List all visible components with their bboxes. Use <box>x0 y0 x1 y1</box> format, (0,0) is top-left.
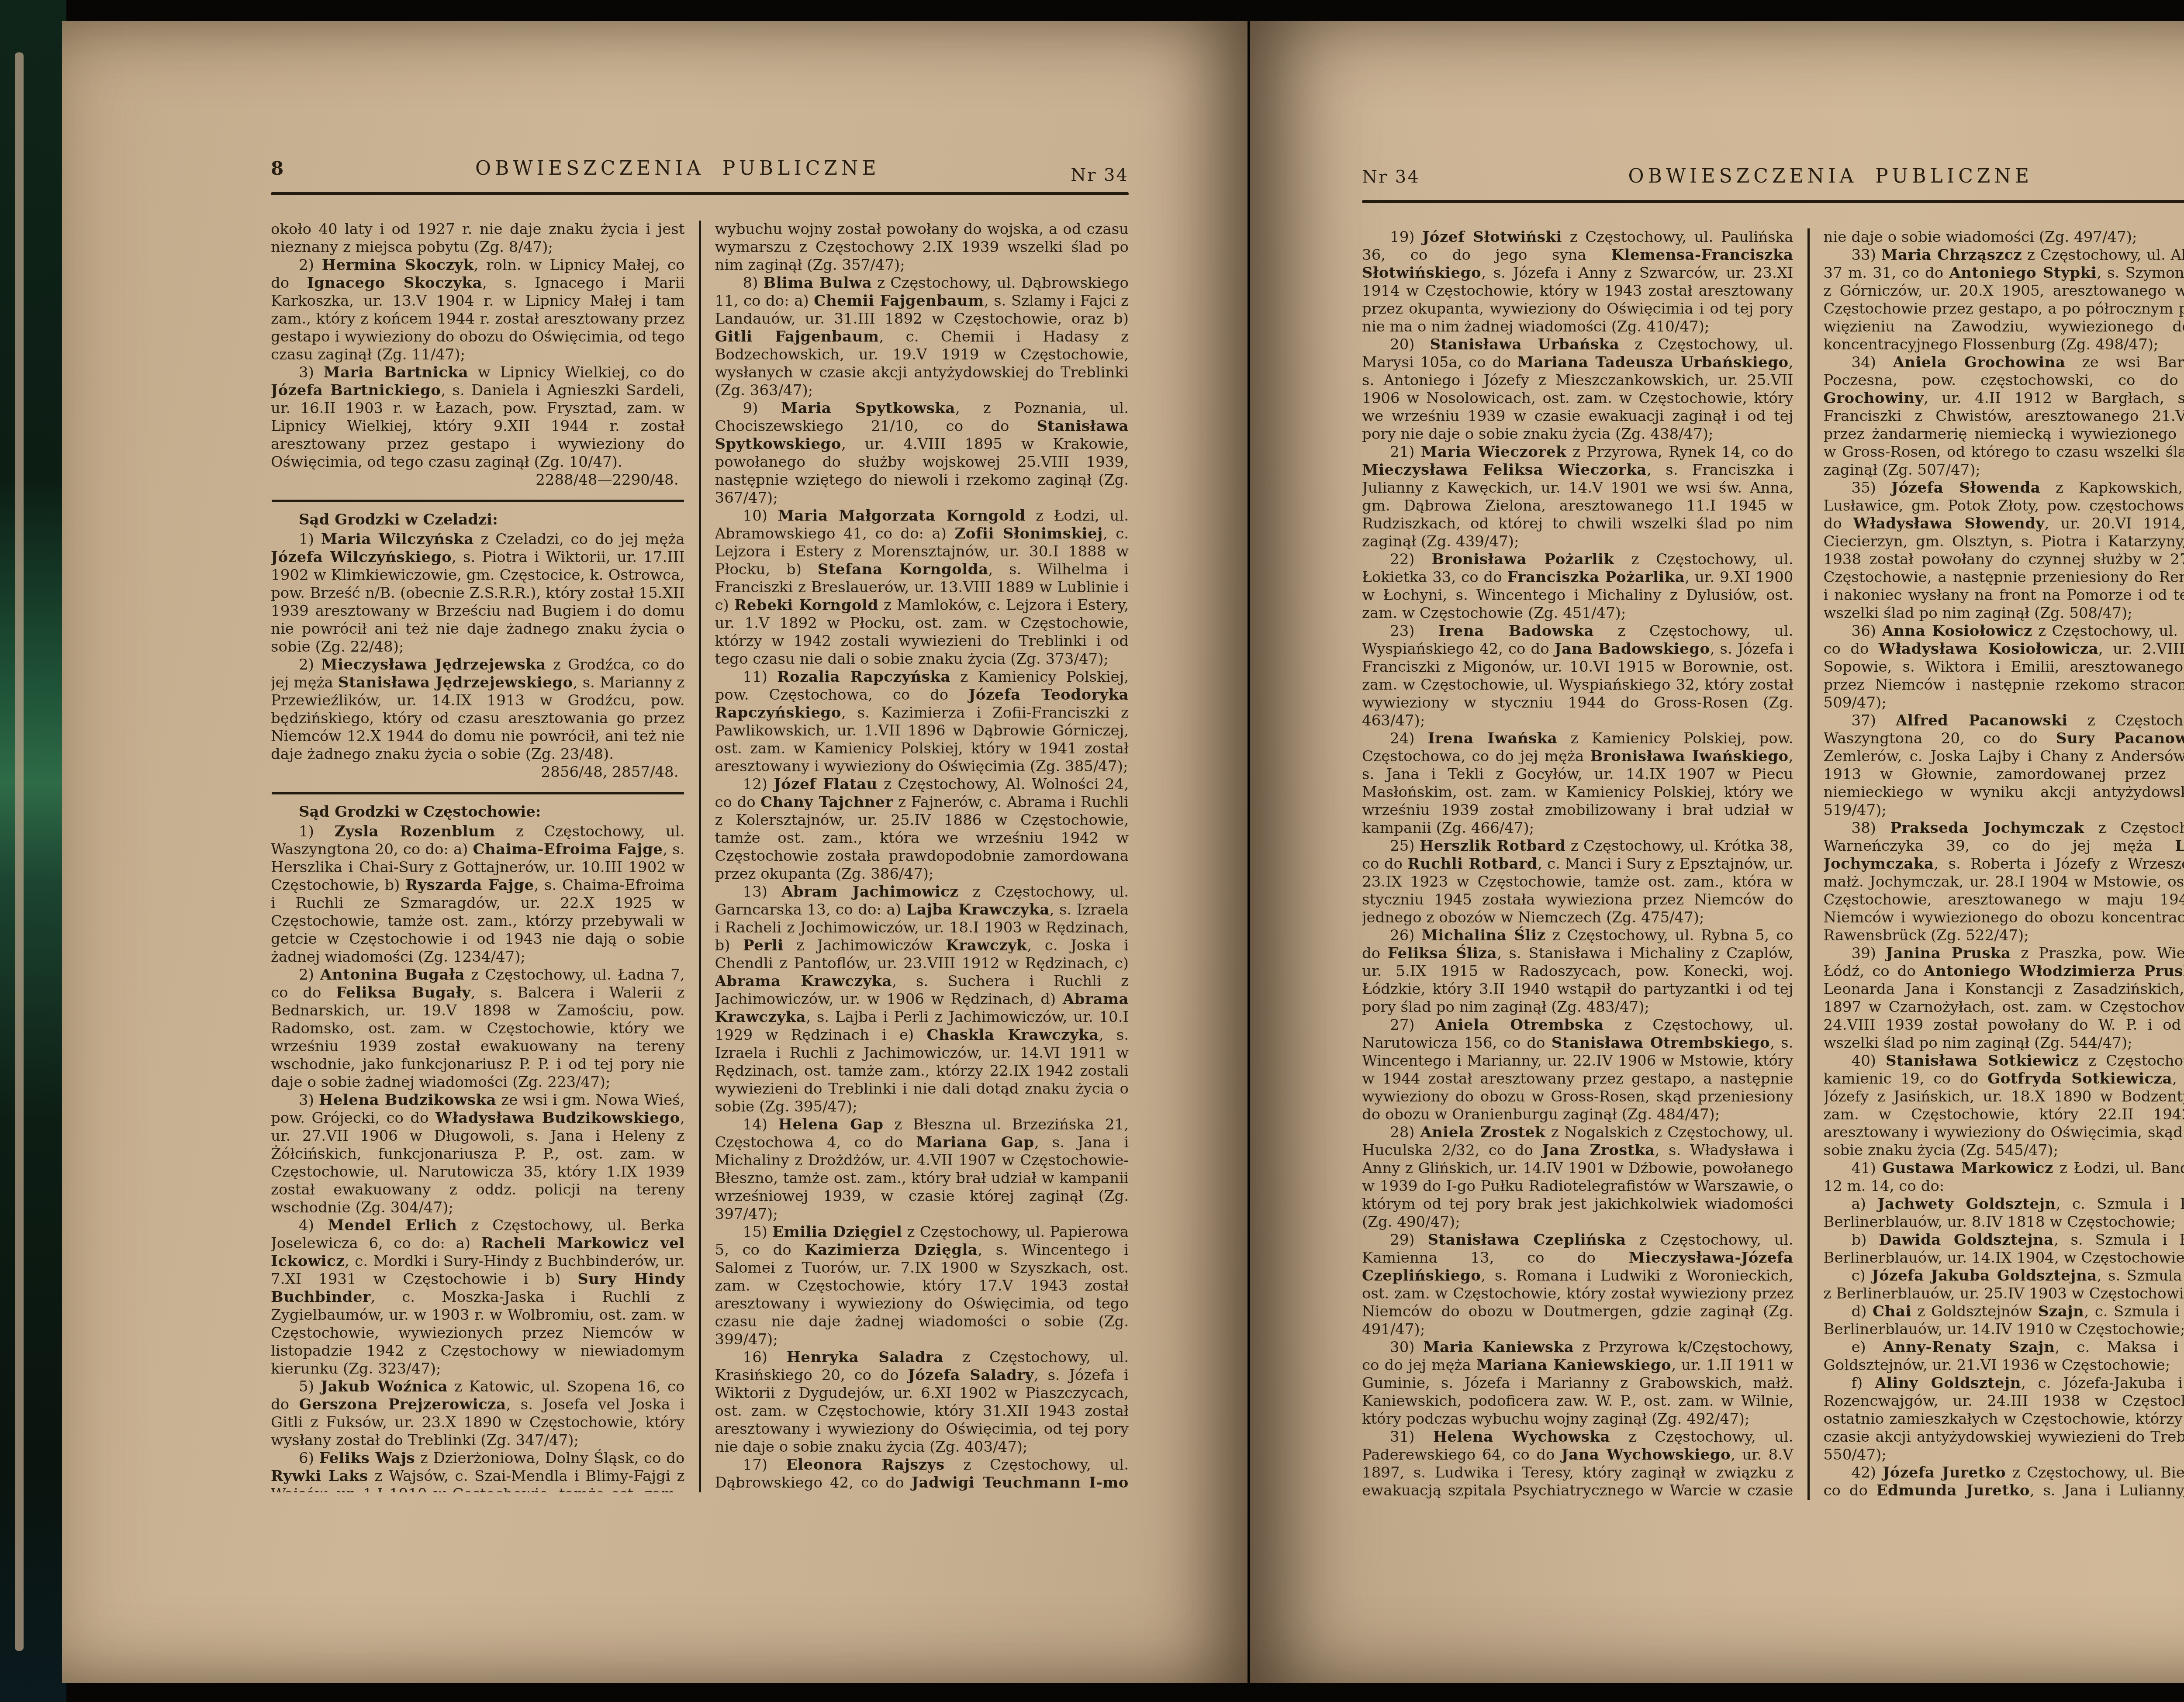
notice-entry: 27) Aniela Otrembska z Częstochowy, ul. … <box>1362 1016 1794 1124</box>
notice-entry: 22) Bronisława Pożarlik z Częstochowy, u… <box>1362 551 1794 622</box>
court-heading: Sąd Grodzki w Czeladzi: <box>271 511 685 529</box>
page-9-column-2: nie daje o sobie wiadomości (Zg. 497/47)… <box>1824 228 2184 1500</box>
notice-entry: a) Jachwety Goldsztejn, c. Szmula i Bran… <box>1824 1195 2184 1231</box>
page-8: 8 OBWIESZCZENIA PUBLICZNE Nr 34 około 40… <box>62 21 1248 1683</box>
notice-entry: 38) Prakseda Jochymczak z Częstochowy, u… <box>1824 819 2184 945</box>
notice-entry: 30) Maria Kaniewska z Przyrowa k/Częstoc… <box>1362 1339 1794 1428</box>
notice-entry: 35) Józefa Słowenda z Kapkowskich, ze ws… <box>1824 479 2184 622</box>
notice-entry: 37) Alfred Pacanowski z Częstochowy, ul.… <box>1824 712 2184 819</box>
notice-entry: 26) Michalina Śliz z Częstochowy, ul. Ry… <box>1362 927 1794 1016</box>
notice-entry: 25) Herszlik Rotbard z Częstochowy, ul. … <box>1362 837 1794 927</box>
section-divider <box>272 792 684 794</box>
notice-entry: 39) Janina Pruska z Praszka, pow. Wieluń… <box>1824 945 2184 1052</box>
section-divider <box>272 500 684 502</box>
notice-entry: 1) Maria Wilczyńska z Czeladzi, co do je… <box>271 531 685 656</box>
paper-edge-sliver <box>15 52 24 1651</box>
notice-entry: 33) Maria Chrząszcz z Częstochowy, ul. A… <box>1824 246 2184 354</box>
notice-entry: 3) Maria Bartnicka w Lipnicy Wielkiej, c… <box>271 364 685 471</box>
notice-entry: 9) Maria Spytkowska, z Poznania, ul. Cho… <box>715 400 1129 507</box>
notice-entry: 36) Anna Kosiołowicz z Częstochowy, ul. … <box>1824 622 2184 712</box>
notice-entry: 40) Stanisława Sotkiewicz z Częstochowy,… <box>1824 1052 2184 1160</box>
court-heading: Sąd Grodzki w Częstochowie: <box>271 803 685 821</box>
notice-entry: 34) Aniela Grochowina ze wsi Bargły, gm.… <box>1824 354 2184 479</box>
case-numbers: 2856/48, 2857/48. <box>271 763 685 781</box>
notice-entry: 21) Maria Wieczorek z Przyrowa, Rynek 14… <box>1362 443 1794 551</box>
column-divider <box>699 221 701 1492</box>
notice-entry: b) Dawida Goldsztejna, s. Szmula i Brand… <box>1824 1231 2184 1267</box>
column-divider <box>1807 228 1810 1500</box>
notice-entry: 3) Helena Budzikowska ze wsi i gm. Nowa … <box>271 1091 685 1217</box>
notice-entry: 1) Zysla Rozenblum z Częstochowy, ul. Wa… <box>271 823 685 966</box>
notice-entry: d) Chai z Goldsztejnów Szajn, c. Szmula … <box>1824 1303 2184 1339</box>
notice-entry: 6) Feliks Wajs z Dzierżoniowa, Dolny Ślą… <box>271 1450 685 1492</box>
page-8-columns: około 40 laty i od 1927 r. nie daje znak… <box>271 221 1129 1492</box>
notice-entry: 23) Irena Badowska z Częstochowy, ul. Wy… <box>1362 622 1794 730</box>
notice-continuation: około 40 laty i od 1927 r. nie daje znak… <box>271 221 685 256</box>
issue-number: Nr 34 <box>1071 165 1129 185</box>
notice-continuation: nie daje o sobie wiadomości (Zg. 497/47)… <box>1824 228 2184 246</box>
page-8-column-2: wybuchu wojny został powołany do wojska,… <box>715 221 1129 1492</box>
page-9-header: Nr 34 OBWIESZCZENIA PUBLICZNE 9 <box>1362 165 2184 193</box>
notice-entry: 2) Antonina Bugała z Częstochowy, ul. Ła… <box>271 966 685 1091</box>
notice-entry: 42) Józefa Juretko z Częstochowy, ul. Bi… <box>1824 1464 2184 1500</box>
book-edge-left <box>0 0 66 1702</box>
notice-entry: 29) Stanisława Czeplińska z Częstochowy,… <box>1362 1231 1794 1339</box>
notice-entry: 11) Rozalia Rapczyńska z Kamienicy Polsk… <box>715 668 1129 776</box>
notice-entry: 41) Gustawa Markowicz z Łodzi, ul. Bandu… <box>1824 1160 2184 1195</box>
page-9-column-1: 19) Józef Słotwiński z Częstochowy, ul. … <box>1362 228 1794 1500</box>
page-8-column-1: około 40 laty i od 1927 r. nie daje znak… <box>271 221 685 1492</box>
notice-entry: 10) Maria Małgorzata Korngold z Łodzi, u… <box>715 507 1129 668</box>
issue-number: Nr 34 <box>1362 167 1420 187</box>
case-numbers: 2288/48—2290/48. <box>271 471 685 489</box>
notice-entry: 28) Aniela Zrostek z Nogalskich z Często… <box>1362 1124 1794 1231</box>
notice-entry: c) Józefa Jakuba Goldsztejna, s. Szmula … <box>1824 1267 2184 1303</box>
notice-entry: 2) Hermina Skoczyk, roln. w Lipnicy Małe… <box>271 256 685 364</box>
scan-background: 8 OBWIESZCZENIA PUBLICZNE Nr 34 około 40… <box>0 0 2184 1702</box>
notice-entry: 4) Mendel Erlich z Częstochowy, ul. Berk… <box>271 1217 685 1378</box>
header-rule <box>1362 200 2184 203</box>
notice-entry: 24) Irena Iwańska z Kamienicy Polskiej, … <box>1362 730 1794 837</box>
page-8-header: 8 OBWIESZCZENIA PUBLICZNE Nr 34 <box>271 157 1129 185</box>
notice-entry: 5) Jakub Woźnica z Katowic, ul. Szopena … <box>271 1378 685 1450</box>
notice-entry: 2) Mieczysława Jędrzejewska z Grodźca, c… <box>271 656 685 763</box>
notice-entry: 20) Stanisława Urbańska z Częstochowy, u… <box>1362 336 1794 443</box>
notice-entry: 19) Józef Słotwiński z Częstochowy, ul. … <box>1362 228 1794 336</box>
notice-entry: 12) Józef Flatau z Częstochowy, Al. Woln… <box>715 776 1129 883</box>
notice-entry: f) Aliny Goldsztejn, c. Józefa-Jakuba i … <box>1824 1374 2184 1464</box>
notice-entry: 16) Henryka Saladra z Częstochowy, ul. K… <box>715 1349 1129 1456</box>
header-rule <box>271 192 1129 195</box>
notice-entry: 13) Abram Jachimowicz z Częstochowy, ul.… <box>715 883 1129 1116</box>
notice-entry: 15) Emilia Dzięgiel z Częstochowy, ul. P… <box>715 1223 1129 1349</box>
page-number: 8 <box>271 158 284 179</box>
page-9-columns: 19) Józef Słotwiński z Częstochowy, ul. … <box>1362 228 2184 1500</box>
notice-entry: 17) Eleonora Rajszys z Częstochowy, ul. … <box>715 1456 1129 1492</box>
notice-entry: e) Anny-Renaty Szajn, c. Maksa i Chai z … <box>1824 1339 2184 1374</box>
notice-entry: 8) Blima Bulwa z Częstochowy, ul. Dąbrow… <box>715 274 1129 400</box>
notice-entry: 31) Helena Wychowska z Częstochowy, ul. … <box>1362 1428 1794 1500</box>
page-9: Nr 34 OBWIESZCZENIA PUBLICZNE 9 19) Józe… <box>1250 21 2184 1683</box>
notice-entry: 14) Helena Gap z Błeszna ul. Brzezińska … <box>715 1116 1129 1223</box>
journal-title: OBWIESZCZENIA PUBLICZNE <box>1420 165 2184 187</box>
notice-continuation: wybuchu wojny został powołany do wojska,… <box>715 221 1129 274</box>
journal-title: OBWIESZCZENIA PUBLICZNE <box>284 157 1071 180</box>
